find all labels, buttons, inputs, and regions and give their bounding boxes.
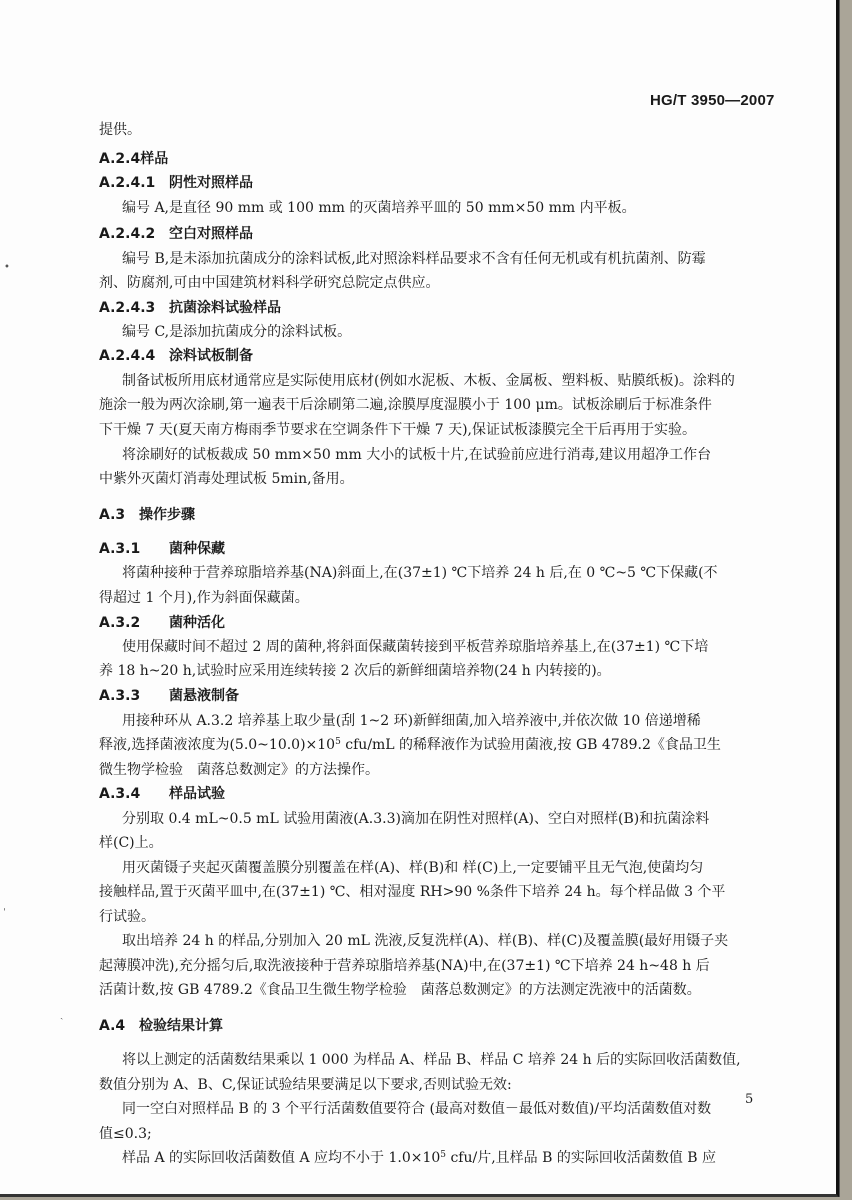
text-run: cfu/片,且样品 B 的实际回收活菌数值 B 应	[446, 1150, 716, 1166]
section-number: A.3.3	[99, 687, 169, 705]
section-heading: A.2.4.2空白对照样品	[99, 225, 253, 243]
paragraph-line: 下干燥 7 天(夏天南方梅雨季节要求在空调条件下干燥 7 天),保证试板漆膜完全…	[99, 421, 696, 439]
section-title: 阴性对照样品	[169, 175, 253, 191]
text-run: 释液,选择菌液浓度为(5.0~10.0)×10	[99, 737, 335, 753]
section-number: A.4	[99, 1017, 139, 1035]
scan-artifact-mark: ˎ	[60, 1009, 63, 1020]
paragraph-line: 接触样品,置于灭菌平皿中,在(37±1) ℃、相对湿度 RH>90 %条件下培养…	[99, 883, 725, 901]
paragraph-line: 编号 B,是未添加抗菌成分的涂料试板,此对照涂料样品要求不含有任何无机或有机抗菌…	[122, 250, 706, 268]
section-title: 菌种活化	[169, 615, 225, 631]
section-heading: A.4检验结果计算	[99, 1017, 223, 1035]
section-title: 空白对照样品	[169, 226, 253, 242]
section-title: 菌悬液制备	[169, 688, 239, 704]
section-number: A.3.2	[99, 614, 169, 632]
paragraph-line: 提供。	[99, 121, 141, 139]
section-heading: A.2.4.1阴性对照样品	[99, 174, 253, 192]
text-run: 样品 A 的实际回收活菌数值 A 应均不小于 1.0×10	[122, 1150, 440, 1166]
section-heading: A.3.1菌种保藏	[99, 540, 225, 558]
paragraph-line: 释液,选择菌液浓度为(5.0~10.0)×105 cfu/mL 的稀释液作为试验…	[99, 736, 721, 754]
paragraph-line: 得超过 1 个月),作为斜面保藏菌。	[99, 589, 309, 607]
section-number: A.3.1	[99, 540, 169, 558]
section-heading: A.2.4.3抗菌涂料试验样品	[99, 299, 281, 317]
section-title: 样品试验	[169, 786, 225, 802]
paragraph-line: 取出培养 24 h 的样品,分别加入 20 mL 洗液,反复洗样(A)、样(B)…	[122, 932, 728, 950]
section-title: 涂料试板制备	[169, 348, 253, 364]
section-heading: A.2.4样品	[99, 150, 168, 168]
paragraph-line: 将涂刷好的试板裁成 50 mm×50 mm 大小的试板十片,在试验前应进行消毒,…	[122, 446, 711, 464]
paragraph-line: 使用保藏时间不超过 2 周的菌种,将斜面保藏菌转接到平板营养琼脂培养基上,在(3…	[122, 638, 708, 656]
section-number: A.2.4.2	[99, 225, 169, 243]
paragraph-line: 施涂一般为两次涂刷,第一遍表干后涂刷第二遍,涂膜厚度湿膜小于 100 μm。试板…	[99, 396, 712, 414]
paragraph-line: 养 18 h~20 h,试验时应采用连续转接 2 次后的新鲜细菌培养物(24 h…	[99, 662, 611, 680]
scan-artifact-mark: •	[4, 262, 10, 273]
paragraph-line: 分别取 0.4 mL~0.5 mL 试验用菌液(A.3.3)滴加在阴性对照样(A…	[122, 810, 709, 828]
section-heading: A.3.3菌悬液制备	[99, 687, 239, 705]
standard-code: HG/T 3950—2007	[650, 92, 775, 109]
paragraph-line: 起薄膜冲洗),充分摇匀后,取洗液接种于营养琼脂培养基(NA)中,在(37±1) …	[99, 957, 710, 975]
document-page: HG/T 3950—2007 提供。A.2.4样品A.2.4.1阴性对照样品编号…	[0, 0, 839, 1197]
section-title: 检验结果计算	[139, 1018, 223, 1034]
paragraph-line: 数值分别为 A、B、C,保证试验结果要满足以下要求,否则试验无效:	[99, 1076, 512, 1094]
paragraph-line: 样(C)上。	[99, 834, 163, 852]
paragraph-line: 中紫外灭菌灯消毒处理试板 5min,备用。	[99, 470, 354, 488]
paragraph-line: 用接种环从 A.3.2 培养基上取少量(刮 1~2 环)新鲜细菌,加入培养液中,…	[122, 712, 701, 730]
page-number: 5	[745, 1092, 753, 1107]
section-number: A.3	[99, 506, 139, 524]
paragraph-line: 同一空白对照样品 B 的 3 个平行活菌数值要符合 (最高对数值－最低对数值)/…	[122, 1100, 711, 1118]
section-heading: A.3.4样品试验	[99, 785, 225, 803]
section-number: A.2.4.3	[99, 299, 169, 317]
paragraph-line: 将菌种接种于营养琼脂培养基(NA)斜面上,在(37±1) ℃下培养 24 h 后…	[122, 564, 718, 582]
section-number: A.2.4.1	[99, 174, 169, 192]
viewer-edge-strip	[839, 0, 852, 1200]
paragraph-line: 编号 C,是添加抗菌成分的涂料试板。	[122, 323, 351, 341]
section-title: 菌种保藏	[169, 541, 225, 557]
section-heading: A.3操作步骤	[99, 506, 195, 524]
section-number: A.3.4	[99, 785, 169, 803]
paragraph-line: 编号 A,是直径 90 mm 或 100 mm 的灭菌培养平皿的 50 mm×5…	[122, 199, 636, 217]
paragraph-line: 活菌计数,按 GB 4789.2《食品卫生微生物学检验 菌落总数测定》的方法测定…	[99, 981, 701, 999]
scan-artifact-mark: ˈ	[3, 908, 6, 919]
text-run: cfu/mL 的稀释液作为试验用菌液,按 GB 4789.2《食品卫生	[341, 737, 721, 753]
paragraph-line: 将以上测定的活菌数结果乘以 1 000 为样品 A、样品 B、样品 C 培养 2…	[122, 1051, 741, 1069]
paragraph-line: 行试验。	[99, 908, 155, 926]
section-number: A.2.4.4	[99, 347, 169, 365]
paragraph-line: 微生物学检验 菌落总数测定》的方法操作。	[99, 761, 379, 779]
section-title: 样品	[140, 151, 168, 167]
section-number: A.2.4	[99, 150, 140, 168]
paragraph-line: 用灭菌镊子夹起灭菌覆盖膜分别覆盖在样(A)、样(B)和 样(C)上,一定要铺平且…	[122, 859, 703, 877]
paragraph-line: 制备试板所用底材通常应是实际使用底材(例如水泥板、木板、金属板、塑料板、贴膜纸板…	[122, 372, 735, 390]
section-title: 抗菌涂料试验样品	[169, 300, 281, 316]
paragraph-line: 样品 A 的实际回收活菌数值 A 应均不小于 1.0×105 cfu/片,且样品…	[122, 1149, 716, 1167]
paragraph-line: 剂、防腐剂,可由中国建筑材料科学研究总院定点供应。	[99, 274, 439, 292]
section-heading: A.3.2菌种活化	[99, 614, 225, 632]
section-title: 操作步骤	[139, 507, 195, 523]
paragraph-line: 值≤0.3;	[99, 1125, 152, 1143]
section-heading: A.2.4.4涂料试板制备	[99, 347, 253, 365]
